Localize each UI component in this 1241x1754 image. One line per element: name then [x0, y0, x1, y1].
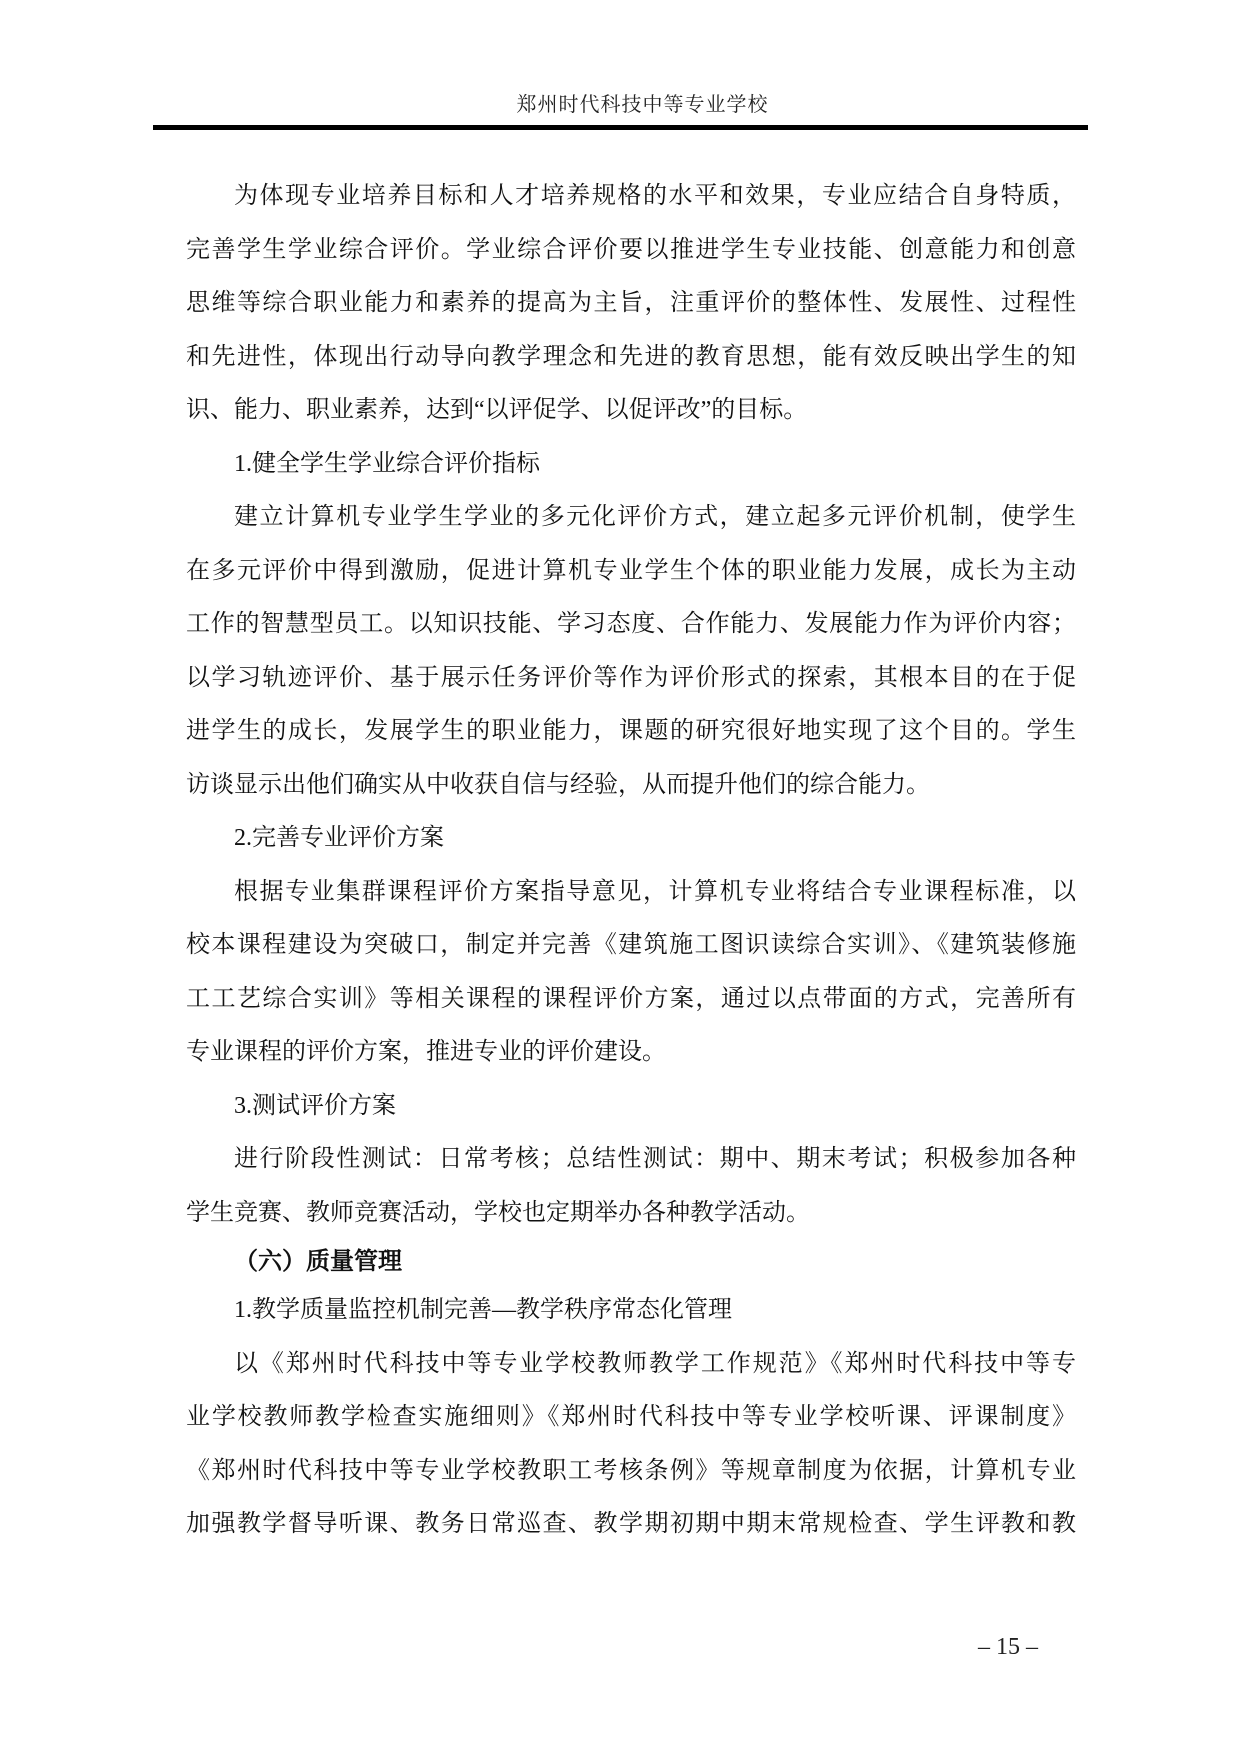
- text-line: 根据专业集群课程评价方案指导意见，计算机专业将结合专业课程标准，以: [186, 866, 1076, 920]
- section-heading: 2.完善专业评价方案: [186, 812, 1076, 866]
- section-heading-bold: （六）质量管理: [186, 1240, 1076, 1284]
- document-page: 郑州时代科技中等专业学校 为体现专业培养目标和人才培养规格的水平和效果，专业应结…: [0, 0, 1241, 1754]
- text-line: 和先进性，体现出行动导向教学理念和先进的教育思想，能有效反映出学生的知: [186, 331, 1076, 385]
- text-line: 思维等综合职业能力和素养的提高为主旨，注重评价的整体性、发展性、过程性: [186, 277, 1076, 331]
- section-heading: 1.健全学生学业综合评价指标: [186, 438, 1076, 492]
- text-line: 工作的智慧型员工。以知识技能、学习态度、合作能力、发展能力作为评价内容；: [186, 598, 1076, 652]
- text-line: 以《郑州时代科技中等专业学校教师教学工作规范》《郑州时代科技中等专: [186, 1338, 1076, 1392]
- text-line: 业学校教师教学检查实施细则》《郑州时代科技中等专业学校听课、评课制度》: [186, 1391, 1076, 1445]
- text-line: 进行阶段性测试：日常考核；总结性测试：期中、期末考试；积极参加各种: [186, 1133, 1076, 1187]
- text-line: 校本课程建设为突破口，制定并完善《建筑施工图识读综合实训》、《建筑装修施: [186, 919, 1076, 973]
- text-line: 《郑州时代科技中等专业学校教职工考核条例》等规章制度为依据，计算机专业: [186, 1445, 1076, 1499]
- text-line: 完善学生学业综合评价。学业综合评价要以推进学生专业技能、创意能力和创意: [186, 224, 1076, 278]
- text-line: 学生竞赛、教师竞赛活动，学校也定期举办各种教学活动。: [186, 1187, 1076, 1241]
- text-line: 加强教学督导听课、教务日常巡查、教学期初期中期末常规检查、学生评教和教: [186, 1498, 1076, 1552]
- text-line: 访谈显示出他们确实从中收获自信与经验，从而提升他们的综合能力。: [186, 759, 1076, 813]
- page-header-title: 郑州时代科技中等专业学校: [0, 88, 1241, 117]
- text-line: 专业课程的评价方案，推进专业的评价建设。: [186, 1026, 1076, 1080]
- header-rule: [153, 125, 1088, 130]
- text-line: 在多元评价中得到激励，促进计算机专业学生个体的职业能力发展，成长为主动: [186, 545, 1076, 599]
- page-number: – 15 –: [928, 1632, 1088, 1662]
- text-line: 为体现专业培养目标和人才培养规格的水平和效果，专业应结合自身特质，: [186, 170, 1076, 224]
- text-line: 识、能力、职业素养，达到“以评促学、以促评改”的目标。: [186, 384, 1076, 438]
- text-line: 进学生的成长，发展学生的职业能力，课题的研究很好地实现了这个目的。学生: [186, 705, 1076, 759]
- document-body: 为体现专业培养目标和人才培养规格的水平和效果，专业应结合自身特质， 完善学生学业…: [186, 170, 1076, 1552]
- text-line: 以学习轨迹评价、基于展示任务评价等作为评价形式的探索，其根本目的在于促: [186, 652, 1076, 706]
- section-heading: 1.教学质量监控机制完善—教学秩序常态化管理: [186, 1284, 1076, 1338]
- text-line: 工工艺综合实训》等相关课程的课程评价方案，通过以点带面的方式，完善所有: [186, 973, 1076, 1027]
- text-line: 建立计算机专业学生学业的多元化评价方式，建立起多元评价机制，使学生: [186, 491, 1076, 545]
- section-heading: 3.测试评价方案: [186, 1080, 1076, 1134]
